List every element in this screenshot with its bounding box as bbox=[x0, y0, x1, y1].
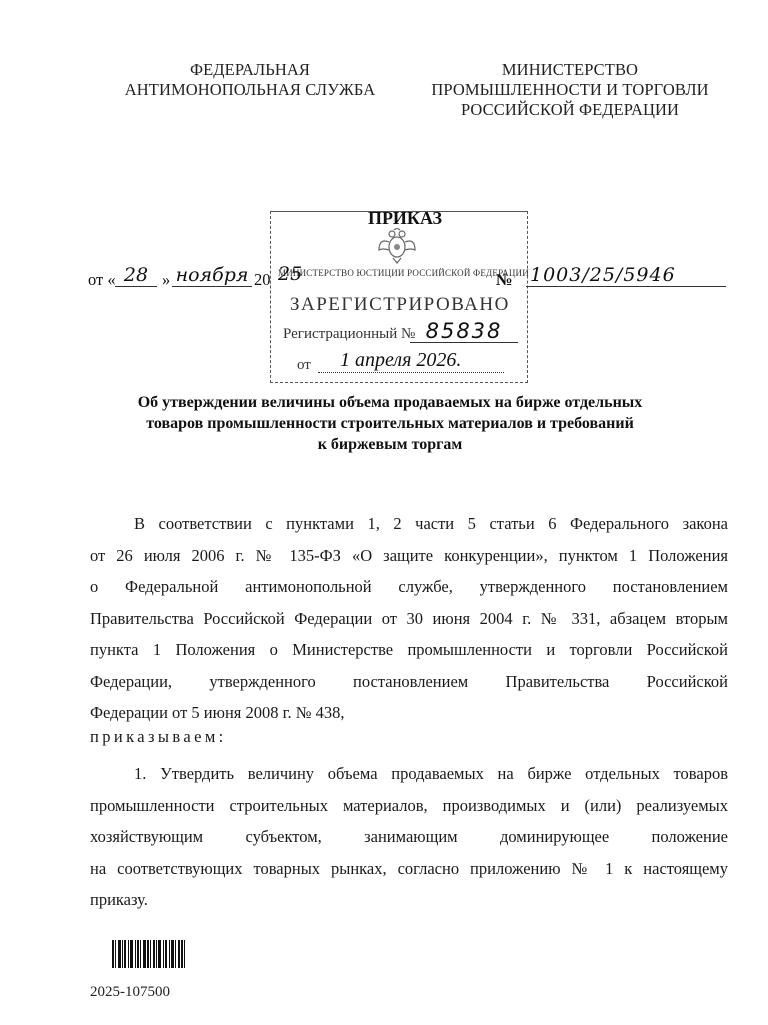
header-left-line: ФЕДЕРАЛЬНАЯ bbox=[100, 60, 400, 80]
stamp-reg-number: 85838 bbox=[410, 320, 518, 343]
document-title: Об утверждении величины объема продаваем… bbox=[90, 392, 690, 455]
order-number-sign: № bbox=[496, 270, 513, 290]
paragraph-line: на соответствующих товарных рынках, согл… bbox=[90, 853, 728, 885]
header-left-agency: ФЕДЕРАЛЬНАЯ АНТИМОНОПОЛЬНАЯ СЛУЖБА bbox=[100, 60, 400, 100]
stamp-reg-label: Регистрационный № bbox=[283, 326, 415, 343]
order-year-prefix: 20 bbox=[254, 270, 271, 290]
stamp-status: ЗАРЕГИСТРИРОВАНО bbox=[290, 294, 510, 316]
title-line: Об утверждении величины объема продаваем… bbox=[90, 392, 690, 413]
header-right-line: ПРОМЫШЛЕННОСТИ И ТОРГОВЛИ bbox=[410, 80, 730, 100]
stamp-date-label: от bbox=[297, 357, 311, 374]
paragraph-line: В соответствии с пунктами 1, 2 части 5 с… bbox=[90, 508, 728, 540]
paragraph-line: от 26 июля 2006 г. № 135-ФЗ «О защите ко… bbox=[90, 540, 728, 572]
title-line: товаров промышленности строительных мате… bbox=[90, 413, 690, 434]
paragraph-line: пункта 1 Положения о Министерстве промыш… bbox=[90, 634, 728, 666]
stamp-date-value: 1 апреля 2026. bbox=[318, 349, 461, 371]
coat-of-arms-icon bbox=[375, 228, 419, 264]
header-left-line: АНТИМОНОПОЛЬНАЯ СЛУЖБА bbox=[100, 80, 400, 100]
order-directive-word: приказываем: bbox=[90, 727, 227, 747]
paragraph-line: промышленности строительных материалов, … bbox=[90, 790, 728, 822]
paragraph-line: хозяйствующим субъектом, занимающим доми… bbox=[90, 821, 728, 853]
doc-type-title: ПРИКАЗ bbox=[360, 208, 450, 229]
order-number: 1003/25/5946 bbox=[526, 264, 726, 287]
order-item-1: 1. Утвердить величину объема продаваемых… bbox=[90, 758, 728, 916]
paragraph-line: о Федеральной антимонопольной службе, ут… bbox=[90, 571, 728, 603]
stamp-date: 1 апреля 2026. bbox=[318, 348, 504, 373]
document-code: 2025-107500 bbox=[90, 984, 170, 1001]
paragraph-line: Федерации от 5 июня 2008 г. № 438, bbox=[90, 697, 728, 729]
barcode-icon bbox=[112, 940, 198, 968]
order-day: 28 bbox=[115, 264, 157, 287]
preamble-paragraph: В соответствии с пунктами 1, 2 части 5 с… bbox=[90, 508, 728, 729]
order-year-suffix: 25 bbox=[278, 263, 298, 285]
paragraph-line: 1. Утвердить величину объема продаваемых… bbox=[90, 758, 728, 790]
order-day-close-quote: » bbox=[162, 270, 170, 290]
order-from-label: от « bbox=[88, 270, 116, 290]
title-line: к биржевым торгам bbox=[90, 434, 690, 455]
header-right-ministry: МИНИСТЕРСТВО ПРОМЫШЛЕННОСТИ И ТОРГОВЛИ Р… bbox=[410, 60, 730, 120]
header-right-line: МИНИСТЕРСТВО bbox=[410, 60, 730, 80]
paragraph-line: Федерации, утвержденного постановлением … bbox=[90, 666, 728, 698]
stamp-ministry-text: МИНИСТЕРСТВО ЮСТИЦИИ РОССИЙСКОЙ ФЕДЕРАЦИ… bbox=[278, 268, 529, 278]
paragraph-line: Правительства Российской Федерации от 30… bbox=[90, 603, 728, 635]
paragraph-line: приказу. bbox=[90, 884, 728, 916]
header-right-line: РОССИЙСКОЙ ФЕДЕРАЦИИ bbox=[410, 100, 730, 120]
order-month: ноября bbox=[172, 264, 252, 287]
